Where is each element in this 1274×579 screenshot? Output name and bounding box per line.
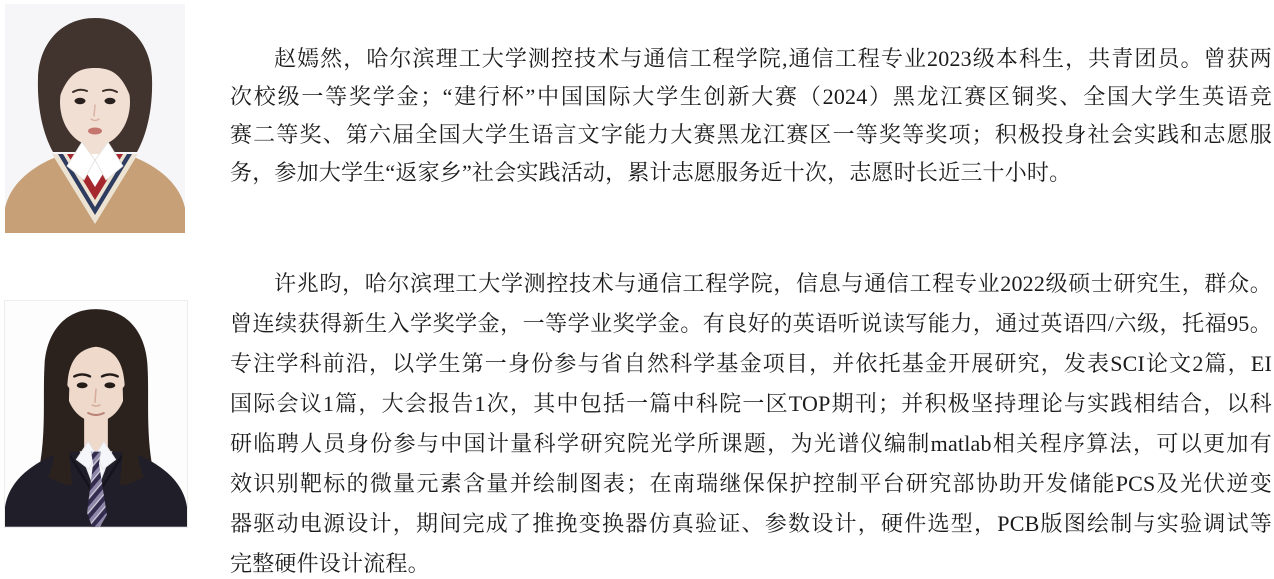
bio-paragraph-1: 赵嫣然，哈尔滨理工大学测控技术与通信工程学院,通信工程专业2023级本科生，共青… [230, 40, 1272, 192]
bio2-line: 国际会议1篇，大会报告1次，其中包括一篇中科院一区TOP期刊；并积极坚持理论与实… [230, 384, 1272, 424]
bio1-line: 次校级一等奖学金；“建行杯”中国国际大学生创新大赛（2024）黑龙江赛区铜奖、全… [230, 78, 1272, 116]
male-portrait-illustration [5, 301, 187, 527]
document-page: 赵嫣然，哈尔滨理工大学测控技术与通信工程学院,通信工程专业2023级本科生，共青… [0, 0, 1274, 579]
bio-paragraph-2: 许兆昀，哈尔滨理工大学测控技术与通信工程学院，信息与通信工程专业2022级硕士研… [230, 264, 1272, 579]
bio2-line: 曾连续获得新生入学奖学金，一等学业奖学金。有良好的英语听说读写能力，通过英语四/… [230, 304, 1272, 344]
bio2-line: 研临聘人员身份参与中国计量科学研究院光学所课题，为光谱仪编制matlab相关程序… [230, 424, 1272, 464]
bio2-line: 效识别靶标的微量元素含量并绘制图表；在南瑞继保保护控制平台研究部协助开发储能PC… [230, 464, 1272, 504]
bio2-line: 器驱动电源设计，期间完成了推挽变换器仿真验证、参数设计，硬件选型，PCB版图绘制… [230, 504, 1272, 544]
bio2-line: 专注学科前沿，以学生第一身份参与省自然科学基金项目，并依托基金开展研究，发表SC… [230, 344, 1272, 384]
bio2-line: 完整硬件设计流程。 [230, 544, 1272, 579]
student-photo-1 [5, 4, 185, 233]
student-photo-2 [4, 300, 188, 528]
lips [88, 128, 102, 135]
bio1-line: 务，参加大学生“返家乡”社会实践活动，累计志愿服务近十次，志愿时长近三十小时。 [230, 154, 1272, 192]
bio1-line: 赛二等奖、第六届全国大学生语言文字能力大赛黑龙江赛区一等奖等奖项；积极投身社会实… [230, 116, 1272, 154]
female-portrait-illustration [5, 4, 185, 233]
bio2-line: 许兆昀，哈尔滨理工大学测控技术与通信工程学院，信息与通信工程专业2022级硕士研… [230, 264, 1272, 304]
bio1-line: 赵嫣然，哈尔滨理工大学测控技术与通信工程学院,通信工程专业2023级本科生，共青… [230, 40, 1272, 78]
